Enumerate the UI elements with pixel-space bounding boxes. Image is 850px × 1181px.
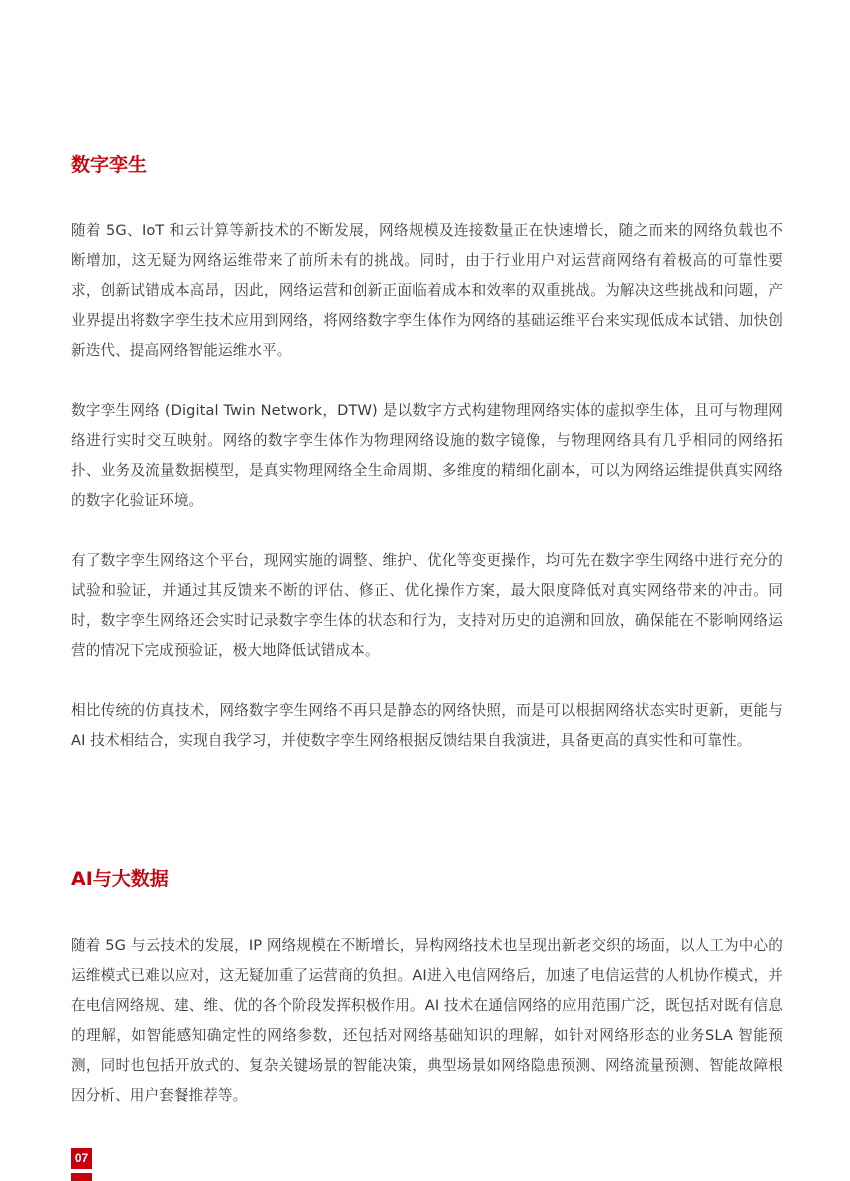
- page-number-bar: [71, 1173, 92, 1181]
- page-number-badge: 07: [71, 1148, 92, 1169]
- paragraph-digital-twin-comparison: 相比传统的仿真技术，网络数字孪生网络不再只是静态的网络快照，而是可以根据网络状态…: [71, 696, 783, 756]
- paragraph-ai-big-data: 随着 5G 与云技术的发展，IP 网络规模在不断增长，异构网络技术也呈现出新老交…: [71, 931, 783, 1111]
- section-title-digital-twin: 数字孪生: [71, 153, 147, 177]
- paragraph-digital-twin-definition: 数字孪生网络 (Digital Twin Network，DTW) 是以数字方式…: [71, 396, 783, 516]
- paragraph-digital-twin-platform: 有了数字孪生网络这个平台，现网实施的调整、维护、优化等变更操作，均可先在数字孪生…: [71, 546, 783, 666]
- section-title-ai-big-data: AI与大数据: [71, 867, 169, 891]
- paragraph-digital-twin-intro: 随着 5G、IoT 和云计算等新技术的不断发展，网络规模及连接数量正在快速增长，…: [71, 216, 783, 366]
